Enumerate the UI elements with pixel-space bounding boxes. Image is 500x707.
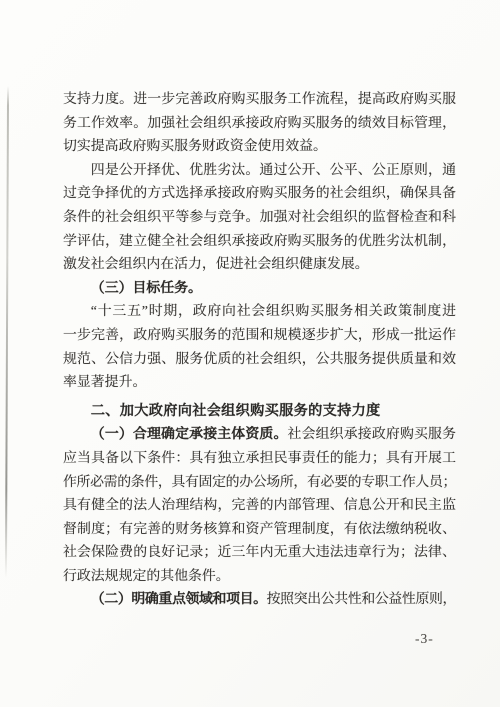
body-text: 切实提高政府购买服务财政资金使用效益。 [63, 139, 327, 154]
body-text: 应当具备以下条件：具有独立承担民事责任的能力；具有开展工 [63, 451, 456, 466]
bold-lead-text: （三）目标任务。 [91, 281, 202, 296]
text-line: 规范、公信力强、服务优质的社会组织，公共服务提供质量和效 [63, 348, 456, 372]
body-text: “十三五”时期，政府向社会组织购买服务相关政策制度进 [91, 304, 456, 319]
body-text: 条件的社会组织平等参与竞争。加强对社会组织的监督检查和科 [63, 210, 456, 225]
bold-lead-text: 二、加大政府向社会组织购买服务的支持力度 [91, 403, 381, 419]
body-text: 一步完善，政府购买服务的范围和规模逐步扩大，形成一批运作 [63, 328, 456, 343]
text-line: 学评估，建立健全社会组织承接政府购买服务的优胜劣汰机制， [63, 230, 456, 254]
text-line: “十三五”时期，政府向社会组织购买服务相关政策制度进 [63, 300, 456, 324]
body-text: 激发社会组织内在活力，促进社会组织健康发展。 [63, 257, 369, 272]
body-text: 支持力度。进一步完善政府购买服务工作流程，提高政府购买服 [63, 92, 456, 107]
body-text: 督制度；有完善的财务核算和资产管理制度，有依法缴纳税收、 [63, 522, 456, 537]
text-line: 四是公开择优、优胜劣汰。通过公开、公平、公正原则，通 [63, 159, 456, 183]
text-line: 应当具备以下条件：具有独立承担民事责任的能力；具有开展工 [63, 447, 456, 471]
text-line: 支持力度。进一步完善政府购买服务工作流程，提高政府购买服 [63, 88, 456, 112]
bold-lead-text: （二）明确重点领域和项目。 [91, 592, 267, 607]
body-text: 按照突出公共性和公益性原则， [267, 592, 456, 607]
text-line: 激发社会组织内在活力，促进社会组织健康发展。 [63, 253, 456, 277]
text-line: 社会保险费的良好记录；近三年内无重大违法违章行为；法律、 [63, 541, 456, 565]
body-text: 过竞争择优的方式选择承接政府购买服务的社会组织，确保具备 [63, 186, 456, 201]
text-line: 行政法规规定的其他条件。 [63, 565, 456, 589]
text-line: 条件的社会组织平等参与竞争。加强对社会组织的监督检查和科 [63, 206, 456, 230]
text-line: 率显著提升。 [63, 371, 456, 395]
page-number: -3- [415, 631, 434, 647]
body-text: 社会组织承接政府购买服务 [288, 427, 456, 442]
bold-lead-text: （一）合理确定承接主体资质。 [91, 427, 288, 442]
body-text: 四是公开择优、优胜劣汰。通过公开、公平、公正原则，通 [91, 163, 456, 178]
text-line: 具有健全的法人治理结构，完善的内部管理、信息公开和民主监 [63, 494, 456, 518]
body-text: 社会保险费的良好记录；近三年内无重大违法违章行为；法律、 [63, 545, 456, 560]
text-line: 切实提高政府购买服务财政资金使用效益。 [63, 135, 456, 159]
body-text: 务工作效率。加强社会组织承接政府购买服务的绩效目标管理， [63, 116, 456, 131]
text-line: （二）明确重点领域和项目。按照突出公共性和公益性原则， [63, 588, 456, 612]
body-text: 学评估，建立健全社会组织承接政府购买服务的优胜劣汰机制， [63, 234, 456, 249]
body-text: 率显著提升。 [63, 375, 146, 390]
text-line: 一步完善，政府购买服务的范围和规模逐步扩大，形成一批运作 [63, 324, 456, 348]
text-line: （三）目标任务。 [63, 277, 456, 301]
text-line: 务工作效率。加强社会组织承接政府购买服务的绩效目标管理， [63, 112, 456, 136]
scanned-document-page: 支持力度。进一步完善政府购买服务工作流程，提高政府购买服务工作效率。加强社会组织… [0, 0, 500, 707]
text-line: （一）合理确定承接主体资质。社会组织承接政府购买服务 [63, 423, 456, 447]
text-line: 二、加大政府向社会组织购买服务的支持力度 [63, 400, 456, 424]
body-text: 规范、公信力强、服务优质的社会组织，公共服务提供质量和效 [63, 352, 456, 367]
body-text: 作所必需的条件，具有固定的办公场所，有必要的专职工作人员； [63, 475, 456, 490]
scan-edge-artifact [5, 86, 9, 578]
body-text: 具有健全的法人治理结构，完善的内部管理、信息公开和民主监 [63, 498, 456, 513]
body-text: 行政法规规定的其他条件。 [63, 569, 230, 584]
document-text-block: 支持力度。进一步完善政府购买服务工作流程，提高政府购买服务工作效率。加强社会组织… [63, 88, 456, 612]
text-line: 督制度；有完善的财务核算和资产管理制度，有依法缴纳税收、 [63, 518, 456, 542]
text-line: 过竞争择优的方式选择承接政府购买服务的社会组织，确保具备 [63, 182, 456, 206]
text-line: 作所必需的条件，具有固定的办公场所，有必要的专职工作人员； [63, 471, 456, 495]
